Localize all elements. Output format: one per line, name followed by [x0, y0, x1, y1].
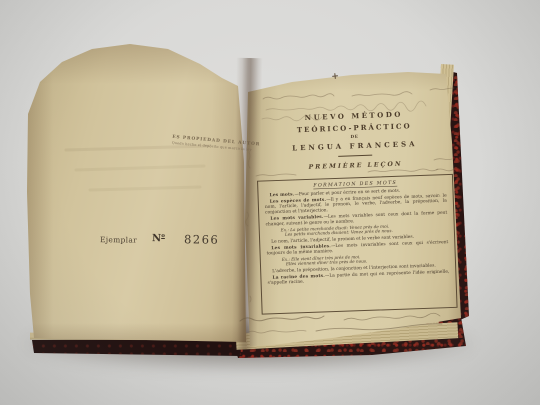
ejemplar-label: Ejemplar: [100, 235, 137, 245]
pencil-plus-mark: +: [331, 72, 340, 83]
numero-abbreviation: No: [152, 233, 165, 245]
lesson-heading: PREMIÈRE LEÇON: [251, 159, 461, 173]
numero-ordinal-o: o: [161, 233, 165, 239]
copy-number-row: Ejemplar No 8266: [100, 230, 230, 252]
left-page-shading: [26, 42, 252, 344]
book-photo: ES PROPIEDAD DEL AUTOR Queda hecho el de…: [0, 0, 540, 405]
copy-number-value: 8266: [184, 232, 219, 246]
grammar-lesson-box: FORMATION DES MOTS Les mots.—Pour parler…: [257, 174, 458, 315]
title-rule: [338, 155, 372, 157]
book-title-block: NUEVO MÉTODO TEÓRICO-PRÁCTICO DE LENGUA …: [249, 108, 460, 160]
right-page-printed-content: + NUEVO MÉTODO TEÓRICO-PRÁCTICO DE LENGU…: [247, 62, 467, 349]
grammar-lesson-text: FORMATION DES MOTS Les mots.—Pour parler…: [258, 175, 456, 314]
left-page: [26, 42, 252, 344]
